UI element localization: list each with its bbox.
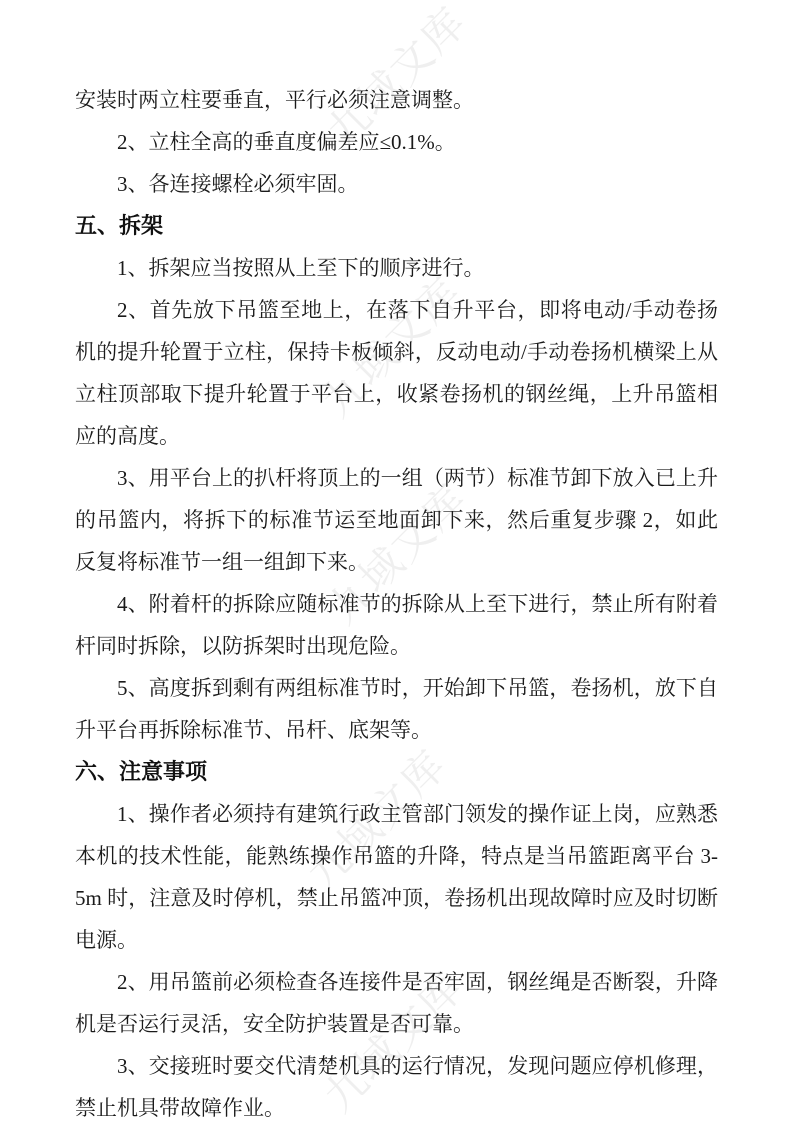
section-heading: 六、注意事项 — [75, 751, 718, 793]
paragraph: 1、拆架应当按照从上至下的顺序进行。 — [75, 247, 718, 289]
document-body: 安装时两立柱要垂直，平行必须注意调整。2、立柱全高的垂直度偏差应≤0.1%。3、… — [75, 79, 718, 1122]
paragraph: 5、高度拆到剩有两组标准节时，开始卸下吊篮，卷扬机，放下自升平台再拆除标准节、吊… — [75, 667, 718, 751]
paragraph: 安装时两立柱要垂直，平行必须注意调整。 — [75, 79, 718, 121]
paragraph: 2、用吊篮前必须检查各连接件是否牢固，钢丝绳是否断裂，升降机是否运行灵活，安全防… — [75, 961, 718, 1045]
paragraph: 3、交接班时要交代清楚机具的运行情况，发现问题应停机修理，禁止机具带故障作业。 — [75, 1045, 718, 1122]
paragraph: 2、首先放下吊篮至地上，在落下自升平台，即将电动/手动卷扬机的提升轮置于立柱，保… — [75, 289, 718, 457]
paragraph: 1、操作者必须持有建筑行政主管部门领发的操作证上岗，应熟悉本机的技术性能，能熟练… — [75, 793, 718, 961]
paragraph: 3、用平台上的扒杆将顶上的一组（两节）标准节卸下放入已上升的吊篮内，将拆下的标准… — [75, 457, 718, 583]
section-heading: 五、拆架 — [75, 205, 718, 247]
document-window: { "page": { "background": "#ffffff", "te… — [0, 0, 793, 1122]
paragraph: 2、立柱全高的垂直度偏差应≤0.1%。 — [75, 121, 718, 163]
paragraph: 3、各连接螺栓必须牢固。 — [75, 163, 718, 205]
paragraph: 4、附着杆的拆除应随标准节的拆除从上至下进行，禁止所有附着杆同时拆除，以防拆架时… — [75, 583, 718, 667]
document-page: 九域文库九域文库九域文库九域文库九域文库 安装时两立柱要垂直，平行必须注意调整。… — [0, 0, 793, 1122]
